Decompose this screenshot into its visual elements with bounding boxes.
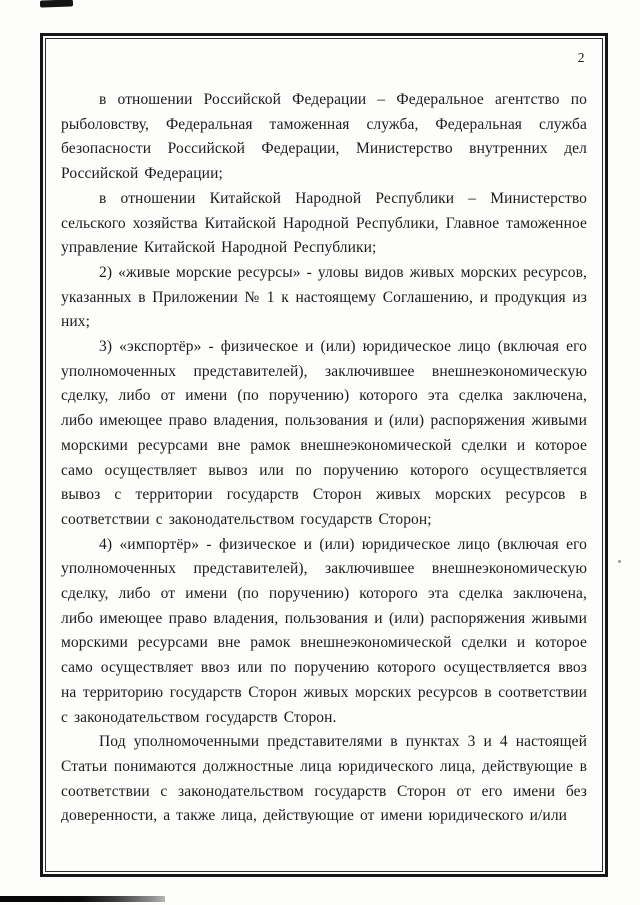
paragraph-authorized-representatives: Под уполномоченными представителями в пу… <box>61 730 587 829</box>
paragraph-definition-exporter: 3) «экспортёр» - физическое и (или) юрид… <box>61 335 587 533</box>
scanned-document-page: 2 в отношении Российской Федерации – Фед… <box>0 0 640 905</box>
page-content: 2 в отношении Российской Федерации – Фед… <box>46 39 602 871</box>
page-border-frame-inner: 2 в отношении Российской Федерации – Фед… <box>45 38 603 872</box>
document-body: в отношении Российской Федерации – Федер… <box>61 88 587 829</box>
scan-smudge-artifact <box>40 0 73 8</box>
scan-bar-artifact <box>0 896 165 902</box>
paragraph-agencies-russia: в отношении Российской Федерации – Федер… <box>61 88 587 187</box>
page-border-frame: 2 в отношении Российской Федерации – Фед… <box>40 33 608 877</box>
page-number: 2 <box>61 49 587 67</box>
paragraph-definition-importer: 4) «импортёр» - физическое и (или) юриди… <box>61 533 587 731</box>
scan-speck-artifact <box>618 560 621 563</box>
paragraph-agencies-china: в отношении Китайской Народной Республик… <box>61 187 587 261</box>
paragraph-definition-living-marine-resources: 2) «живые морские ресурсы» - уловы видов… <box>61 261 587 335</box>
